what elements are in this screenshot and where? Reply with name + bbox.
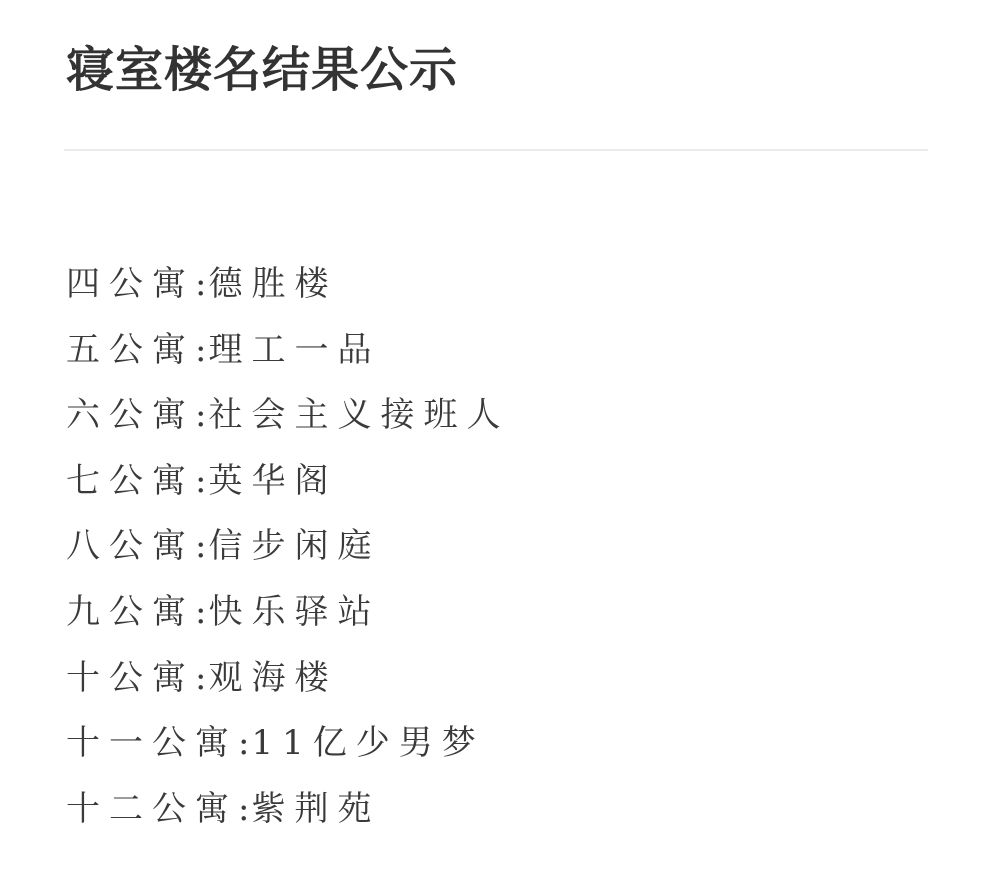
building-name: 英华阁 xyxy=(208,461,337,501)
building-label: 九公寓 xyxy=(66,592,195,632)
separator: : xyxy=(195,526,208,566)
building-label: 十公寓 xyxy=(66,658,195,698)
building-name: 紫荆苑 xyxy=(251,789,380,829)
building-label: 十一公寓 xyxy=(66,723,238,763)
building-name: 快乐驿站 xyxy=(208,592,380,632)
separator: : xyxy=(195,461,208,501)
separator: : xyxy=(195,395,208,435)
building-name: 理工一品 xyxy=(208,330,380,370)
building-label: 十二公寓 xyxy=(66,789,238,829)
list-item: 七公寓:英华阁 xyxy=(66,449,509,515)
building-label: 五公寓 xyxy=(66,330,195,370)
separator: : xyxy=(238,723,251,763)
list-item: 十二公寓:紫荆苑 xyxy=(66,777,509,843)
building-name: 社会主义接班人 xyxy=(208,395,509,435)
separator: : xyxy=(195,658,208,698)
separator: : xyxy=(195,592,208,632)
building-label: 八公寓 xyxy=(66,526,195,566)
list-item: 十公寓:观海楼 xyxy=(66,646,509,712)
building-label: 七公寓 xyxy=(66,461,195,501)
dorm-name-list: 四公寓:德胜楼 五公寓:理工一品 六公寓:社会主义接班人 七公寓:英华阁 八公寓… xyxy=(66,252,509,842)
list-item: 八公寓:信步闲庭 xyxy=(66,514,509,580)
building-name: 观海楼 xyxy=(208,658,337,698)
building-label: 四公寓 xyxy=(66,264,195,304)
separator: : xyxy=(195,330,208,370)
separator: : xyxy=(238,789,251,829)
separator: : xyxy=(195,264,208,304)
list-item: 十一公寓:11亿少男梦 xyxy=(66,711,509,777)
list-item: 四公寓:德胜楼 xyxy=(66,252,509,318)
title-divider xyxy=(64,149,928,151)
building-name: 德胜楼 xyxy=(208,264,337,304)
list-item: 五公寓:理工一品 xyxy=(66,318,509,384)
building-label: 六公寓 xyxy=(66,395,195,435)
page-title: 寝室楼名结果公示 xyxy=(66,40,458,100)
building-name: 11亿少男梦 xyxy=(251,723,484,763)
building-name: 信步闲庭 xyxy=(208,526,380,566)
list-item: 九公寓:快乐驿站 xyxy=(66,580,509,646)
list-item: 六公寓:社会主义接班人 xyxy=(66,383,509,449)
